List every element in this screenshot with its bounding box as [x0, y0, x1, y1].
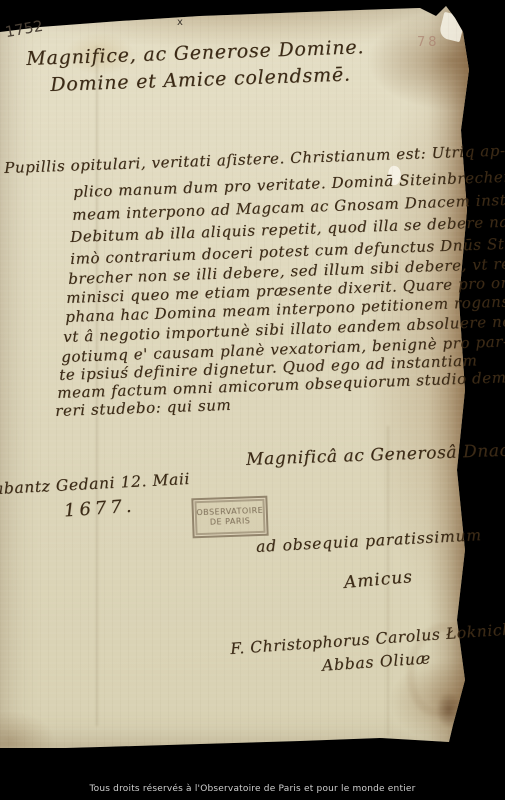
copyright-footer: Tous droits réservés à l'Observatoire de…: [0, 784, 505, 794]
manuscript-scan: 1752 x 78 Magnifice, ac Generose Domine.…: [0, 0, 505, 800]
year: 1677.: [63, 498, 136, 521]
folio-number: 78: [417, 36, 440, 49]
collation-mark: x: [177, 18, 183, 28]
ink-smudge: [436, 692, 462, 728]
stamp-text-line: DE PARIS: [210, 516, 251, 527]
observatoire-stamp: OBSERVATOIRE DE PARIS: [191, 496, 268, 539]
